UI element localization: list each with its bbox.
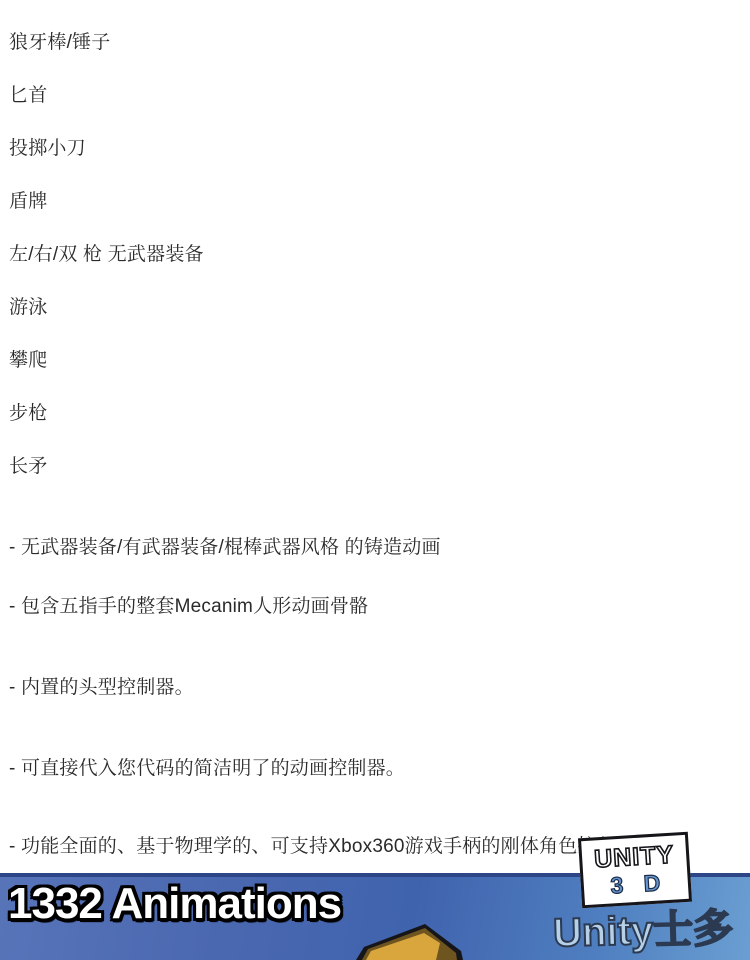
weapon-item-mace-hammer: 狼牙棒/锤子: [9, 32, 110, 54]
watermark-3d-text: 3 D: [610, 869, 668, 898]
feature-item-casting-animations: - 无武器装备/有武器装备/棍棒武器风格 的铸造动画: [9, 537, 441, 559]
feature-item-head-controller: - 内置的头型控制器。: [9, 677, 194, 699]
unity3d-watermark-stamp: UNITY 3 D: [578, 832, 692, 909]
feature-item-rigidbody-controller: - 功能全面的、基于物理学的、可支持Xbox360游戏手柄的刚体角色控制器。: [9, 836, 654, 858]
feature-item-animator-controller: - 可直接代入您代码的简洁明了的动画控制器。: [9, 758, 405, 780]
weapon-item-rifle: 步枪: [9, 403, 47, 425]
weapon-item-swimming: 游泳: [9, 297, 47, 319]
weapon-item-spear: 长矛: [9, 456, 47, 478]
low-poly-hat-image: [350, 920, 470, 960]
feature-item-mecanim-rig: - 包含五指手的整套Mecanim人形动画骨骼: [9, 596, 368, 618]
weapon-item-dagger: 匕首: [9, 85, 47, 107]
weapon-item-throwing-knife: 投掷小刀: [9, 138, 86, 160]
banner-title: 1332 Animations: [8, 879, 341, 929]
weapon-item-climbing: 攀爬: [9, 350, 47, 372]
unity-shop-watermark-text: Unity士多: [552, 897, 733, 959]
weapon-item-pistols-unarmed: 左/右/双 枪 无武器装备: [9, 244, 204, 266]
product-description-page: 狼牙棒/锤子 匕首 投掷小刀 盾牌 左/右/双 枪 无武器装备 游泳 攀爬 步枪…: [0, 0, 750, 960]
weapon-item-shield: 盾牌: [9, 191, 47, 213]
